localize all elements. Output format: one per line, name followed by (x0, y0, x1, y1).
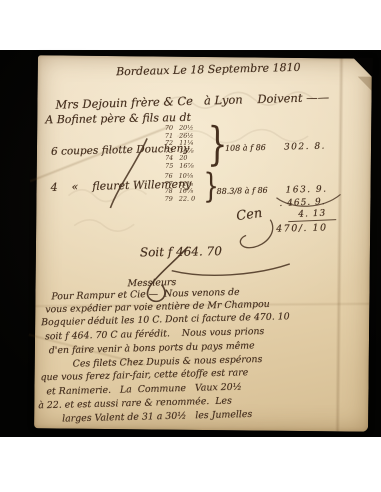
photo-background: Bordeaux Le 18 Septembre 1810 Mrs Dejoui… (0, 50, 381, 437)
folded-corner-shadow (358, 77, 372, 91)
date-line: Bordeaux Le 18 Septembre 1810 (96, 60, 321, 78)
body-line: larges Valent de 31 a 30½ les Jumelles (62, 409, 252, 425)
letter-paper: Bordeaux Le 18 Septembre 1810 Mrs Dejoui… (34, 55, 372, 431)
grand-total: 470/. 10 (276, 222, 328, 234)
body-line: que vous ferez fair-fair, cette étoffe e… (40, 367, 248, 383)
amount: 163. 9. (285, 185, 327, 196)
body-line: à 22. et est aussi rare & renommée. Les (38, 396, 232, 412)
body-line: soit f 464. 70 C au férédit. Nous vous p… (45, 326, 265, 342)
soit-line: Soit f 464. 70 (140, 244, 222, 259)
size-row: 75 16⅞ (165, 163, 194, 171)
body-line: et Ranimerie. La Commune Vaux 20½ (46, 382, 242, 398)
amount: 302. 8. (284, 142, 326, 153)
paper-fold-line (335, 58, 344, 431)
total-rule (288, 219, 336, 222)
size-table: 70 20½ 71 26½ 72 11¼ 73 16⅞ 74 20 75 16⅞ (165, 125, 194, 171)
paraph: Cen (235, 206, 263, 224)
size-row: 79 22. 0 (165, 195, 196, 203)
quantity-line: 88.3/8 à f 86 (216, 186, 267, 196)
body-line: Messieurs (127, 277, 176, 289)
size-table: 76 10⅛ 77 11⅜ 78 16⅞ 79 22. 0 (164, 173, 195, 204)
subtotal-amount: . 465. 9. (279, 197, 326, 209)
folded-corner (353, 58, 373, 78)
quantity-line: 108 à f 86 (225, 143, 266, 153)
carry-amount: 4. 13 (298, 209, 326, 220)
addressee-line: Mrs Dejouin frère & Ce à Lyon Doivent —— (55, 90, 329, 112)
